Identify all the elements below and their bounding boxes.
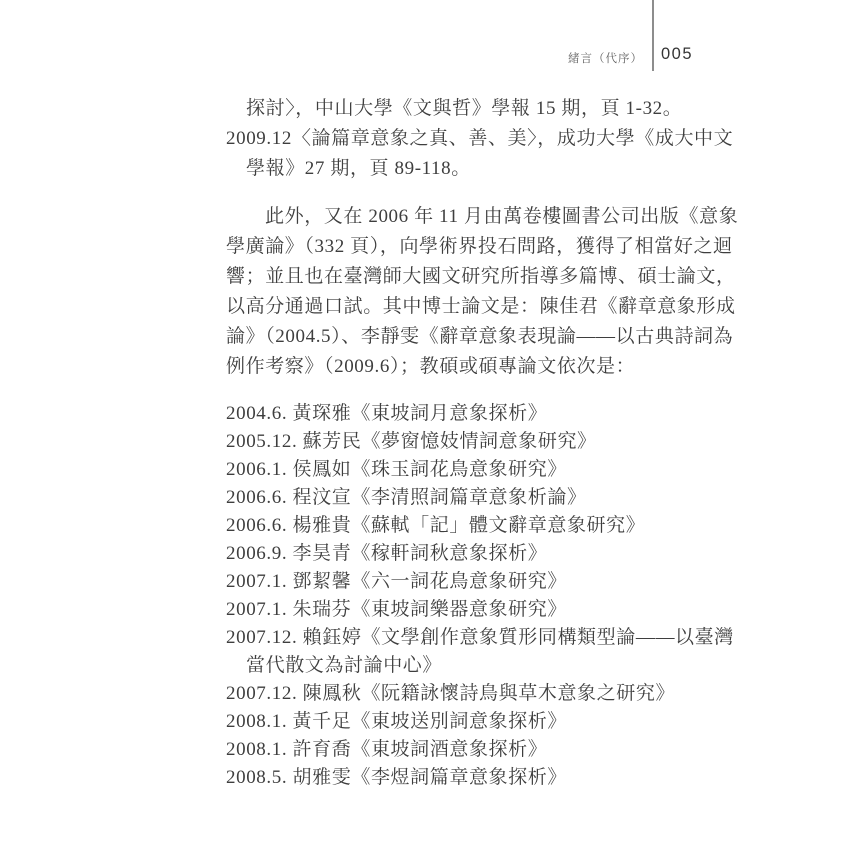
thesis-list-line: 2006.9. 李昊青《稼軒詞秋意象探析》 xyxy=(226,540,676,568)
book-page: 緒言（代序） 005 探討〉，中山大學《文與哲》學報 15 期，頁 1-32。 … xyxy=(0,0,850,850)
bibliography-line: 學報》27 期，頁 89-118。 xyxy=(226,154,676,184)
page-content: 探討〉，中山大學《文與哲》學報 15 期，頁 1-32。 2009.12〈論篇章… xyxy=(226,94,676,792)
thesis-list-line: 2006.1. 侯鳳如《珠玉詞花鳥意象研究》 xyxy=(226,456,676,484)
paragraph-line: 學廣論》（332 頁），向學術界投石問路，獲得了相當好之迴 xyxy=(226,232,676,262)
page-number: 005 xyxy=(661,45,693,64)
bibliography-line: 2009.12〈論篇章意象之真、善、美〉，成功大學《成大中文 xyxy=(226,124,676,154)
running-head-section-title: 緒言（代序） xyxy=(568,50,643,66)
paragraph-line: 響；並且也在臺灣師大國文研究所指導多篇博、碩士論文， xyxy=(226,262,676,292)
thesis-list-line: 當代散文為討論中心》 xyxy=(226,652,676,680)
thesis-list-line: 2006.6. 楊雅貴《蘇軾「記」體文辭章意象研究》 xyxy=(226,512,676,540)
thesis-list-line: 2007.12. 陳鳳秋《阮籍詠懷詩鳥與草木意象之研究》 xyxy=(226,680,676,708)
paragraph-line: 以高分通過口試。其中博士論文是：陳佳君《辭章意象形成 xyxy=(226,292,676,322)
thesis-list-line: 2007.1. 鄧絜馨《六一詞花鳥意象研究》 xyxy=(226,568,676,596)
thesis-list-line: 2008.1. 許育喬《東坡詞酒意象探析》 xyxy=(226,736,676,764)
thesis-list-line: 2008.5. 胡雅雯《李煜詞篇章意象探析》 xyxy=(226,764,676,792)
thesis-list-block: 2004.6. 黃琛雅《東坡詞月意象探析》 2005.12. 蘇芳民《夢窗憶妓情… xyxy=(226,400,676,792)
thesis-list-line: 2007.1. 朱瑞芬《東坡詞樂器意象研究》 xyxy=(226,596,676,624)
header-divider-line xyxy=(652,0,654,71)
thesis-list-line: 2008.1. 黃千足《東坡送別詞意象探析》 xyxy=(226,708,676,736)
paragraph-line: 此外，又在 2006 年 11 月由萬卷樓圖書公司出版《意象 xyxy=(226,202,676,232)
paragraph-line: 例作考察》（2009.6）；教碩或碩專論文依次是： xyxy=(226,352,676,382)
paragraph-line: 論》（2004.5）、李靜雯《辭章意象表現論——以古典詩詞為 xyxy=(226,322,676,352)
thesis-list-line: 2006.6. 程汶宣《李清照詞篇章意象析論》 xyxy=(226,484,676,512)
bibliography-tail-block: 探討〉，中山大學《文與哲》學報 15 期，頁 1-32。 2009.12〈論篇章… xyxy=(226,94,676,184)
thesis-list-line: 2005.12. 蘇芳民《夢窗憶妓情詞意象研究》 xyxy=(226,428,676,456)
bibliography-line: 探討〉，中山大學《文與哲》學報 15 期，頁 1-32。 xyxy=(226,94,676,124)
thesis-list-line: 2007.12. 賴鈺婷《文學創作意象質形同構類型論——以臺灣 xyxy=(226,624,676,652)
intro-paragraph-block: 此外，又在 2006 年 11 月由萬卷樓圖書公司出版《意象 學廣論》（332 … xyxy=(226,202,676,382)
thesis-list-line: 2004.6. 黃琛雅《東坡詞月意象探析》 xyxy=(226,400,676,428)
